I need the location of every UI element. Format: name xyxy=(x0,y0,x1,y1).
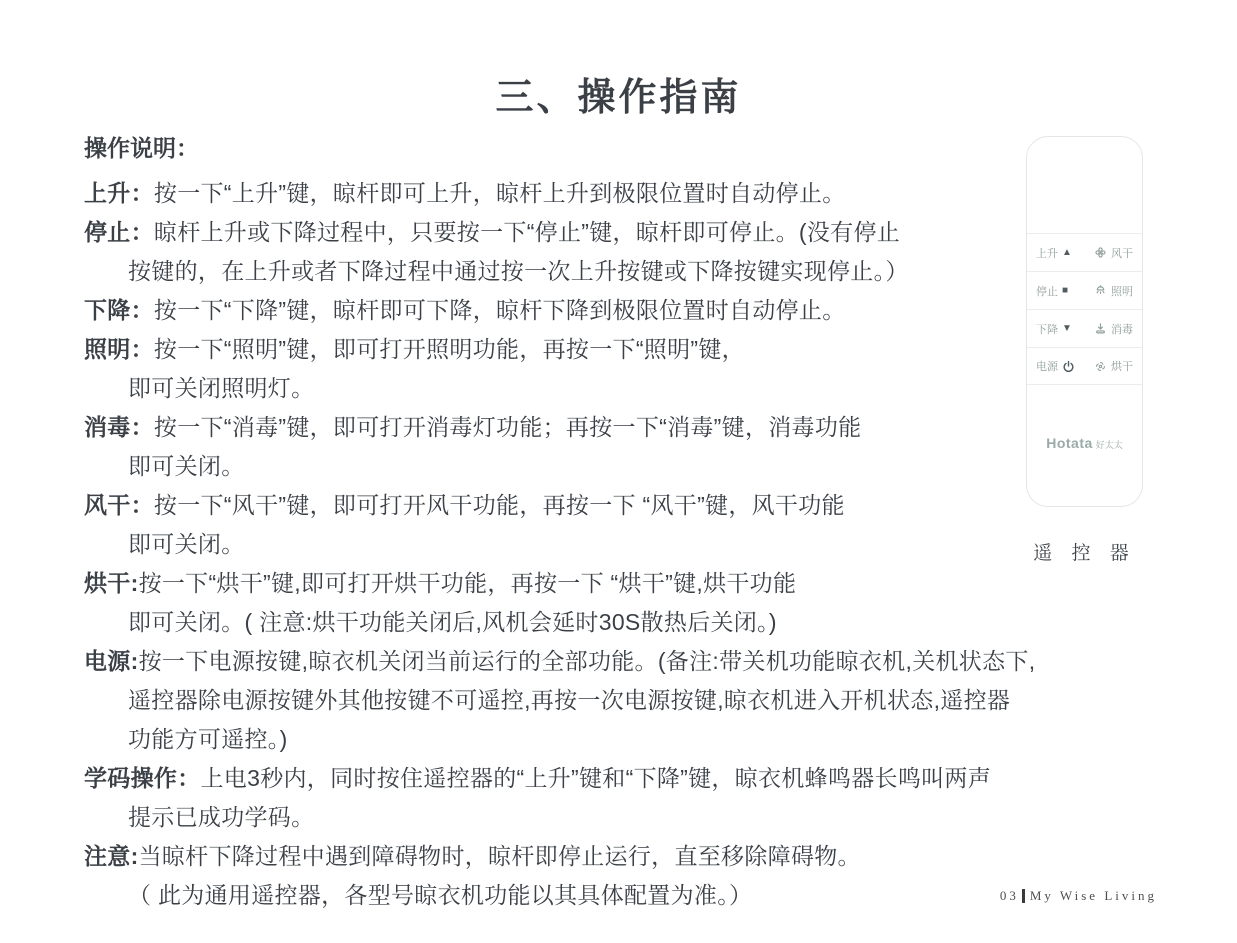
remote-button-label: 消毒 xyxy=(1111,321,1133,337)
instruction-label: 学码操作： xyxy=(84,765,201,791)
page-footer: 03 My Wise Living xyxy=(1000,888,1157,904)
remote-button-label: 照明 xyxy=(1111,283,1133,299)
brand-logo: Hotata好太太 xyxy=(1027,435,1142,453)
remote-button-row: 上升▲风干 xyxy=(1027,233,1142,271)
instruction-line: 烘干:按一下“烘干”键,即可打开烘干功能，再按一下 “烘干”键,烘干功能 xyxy=(84,564,1204,603)
remote-button: 停止■ xyxy=(1036,283,1068,299)
instruction-item: 学码操作：上电3秒内，同时按住遥控器的“上升”键和“下降”键，晾衣机蜂鸣器长鸣叫… xyxy=(84,759,1204,837)
instruction-label: 上升： xyxy=(84,180,154,206)
instruction-line-continued: 即可关闭。( 注意:烘干功能关闭后,风机会延时30S散热后关闭。) xyxy=(84,603,1204,642)
instruction-label: 注意: xyxy=(84,843,139,869)
remote-button-row: 停止■照明 xyxy=(1027,271,1142,309)
triangle-up-icon: ▲ xyxy=(1062,248,1072,258)
remote-button-label: 上升 xyxy=(1036,245,1058,261)
instruction-label: 照明： xyxy=(84,336,154,362)
instruction-label: 电源: xyxy=(84,648,139,674)
dry-icon xyxy=(1094,360,1107,373)
remote-button-label: 下降 xyxy=(1036,321,1058,337)
remote-button: 风干 xyxy=(1094,245,1133,261)
instruction-label: 烘干: xyxy=(84,570,139,596)
remote-button: 消毒 xyxy=(1094,321,1133,337)
power-icon xyxy=(1062,360,1075,373)
page-title: 三、操作指南 xyxy=(0,66,1237,121)
instruction-line: 注意:当晾杆下降过程中遇到障碍物时，晾杆即停止运行，直至移除障碍物。 xyxy=(84,837,1204,876)
uv-icon xyxy=(1094,322,1107,335)
remote-buttons: 上升▲风干停止■照明下降▼消毒电源烘干 xyxy=(1027,233,1142,385)
instruction-line: 学码操作：上电3秒内，同时按住遥控器的“上升”键和“下降”键，晾衣机蜂鸣器长鸣叫… xyxy=(84,759,1204,798)
instruction-label: 下降： xyxy=(84,297,154,323)
instruction-label: 风干： xyxy=(84,492,154,518)
remote-button-label: 风干 xyxy=(1111,245,1133,261)
instruction-label: 消毒： xyxy=(84,414,154,440)
instruction-line-continued: 功能方可遥控。) xyxy=(84,720,1204,759)
instruction-line: 电源:按一下电源按键,晾衣机关闭当前运行的全部功能。(备注:带关机功能晾衣机,关… xyxy=(84,642,1204,681)
instruction-label: 停止： xyxy=(84,219,154,245)
fan-icon xyxy=(1094,246,1107,259)
remote-button: 电源 xyxy=(1036,358,1075,374)
remote-button: 下降▼ xyxy=(1036,321,1072,337)
instruction-item: 烘干:按一下“烘干”键,即可打开烘干功能，再按一下 “烘干”键,烘干功能即可关闭… xyxy=(84,564,1204,642)
remote-caption: 遥 控 器 xyxy=(1026,538,1143,565)
footer-brand: My Wise Living xyxy=(1030,888,1157,904)
footer-divider-bar xyxy=(1022,889,1025,903)
remote-button-label: 烘干 xyxy=(1111,358,1133,374)
remote-button-row: 电源烘干 xyxy=(1027,347,1142,385)
section-heading: 操作说明： xyxy=(84,130,199,163)
brand-logo-cn: 好太太 xyxy=(1096,440,1123,450)
page-number: 03 xyxy=(1000,888,1019,904)
instruction-line-continued: 遥控器除电源按键外其他按键不可遥控,再按一次电源按键,晾衣机进入开机状态,遥控器 xyxy=(84,681,1204,720)
remote-button: 烘干 xyxy=(1094,358,1133,374)
remote-button-row: 下降▼消毒 xyxy=(1027,309,1142,347)
lamp-icon xyxy=(1094,284,1107,297)
remote-button: 照明 xyxy=(1094,283,1133,299)
remote-control-illustration: 上升▲风干停止■照明下降▼消毒电源烘干 Hotata好太太 xyxy=(1026,136,1143,507)
remote-button-label: 停止 xyxy=(1036,283,1058,299)
remote-button-label: 电源 xyxy=(1036,358,1058,374)
remote-button: 上升▲ xyxy=(1036,245,1072,261)
square-icon: ■ xyxy=(1062,286,1068,296)
manual-page: 三、操作指南 操作说明： 上升：按一下“上升”键，晾杆即可上升，晾杆上升到极限位… xyxy=(0,0,1237,943)
triangle-down-icon: ▼ xyxy=(1062,324,1072,334)
instruction-item: 电源:按一下电源按键,晾衣机关闭当前运行的全部功能。(备注:带关机功能晾衣机,关… xyxy=(84,642,1204,759)
remote-control-figure: 上升▲风干停止■照明下降▼消毒电源烘干 Hotata好太太 遥 控 器 xyxy=(1026,136,1143,565)
brand-logo-en: Hotata xyxy=(1046,435,1093,451)
instruction-line-continued: 提示已成功学码。 xyxy=(84,798,1204,837)
